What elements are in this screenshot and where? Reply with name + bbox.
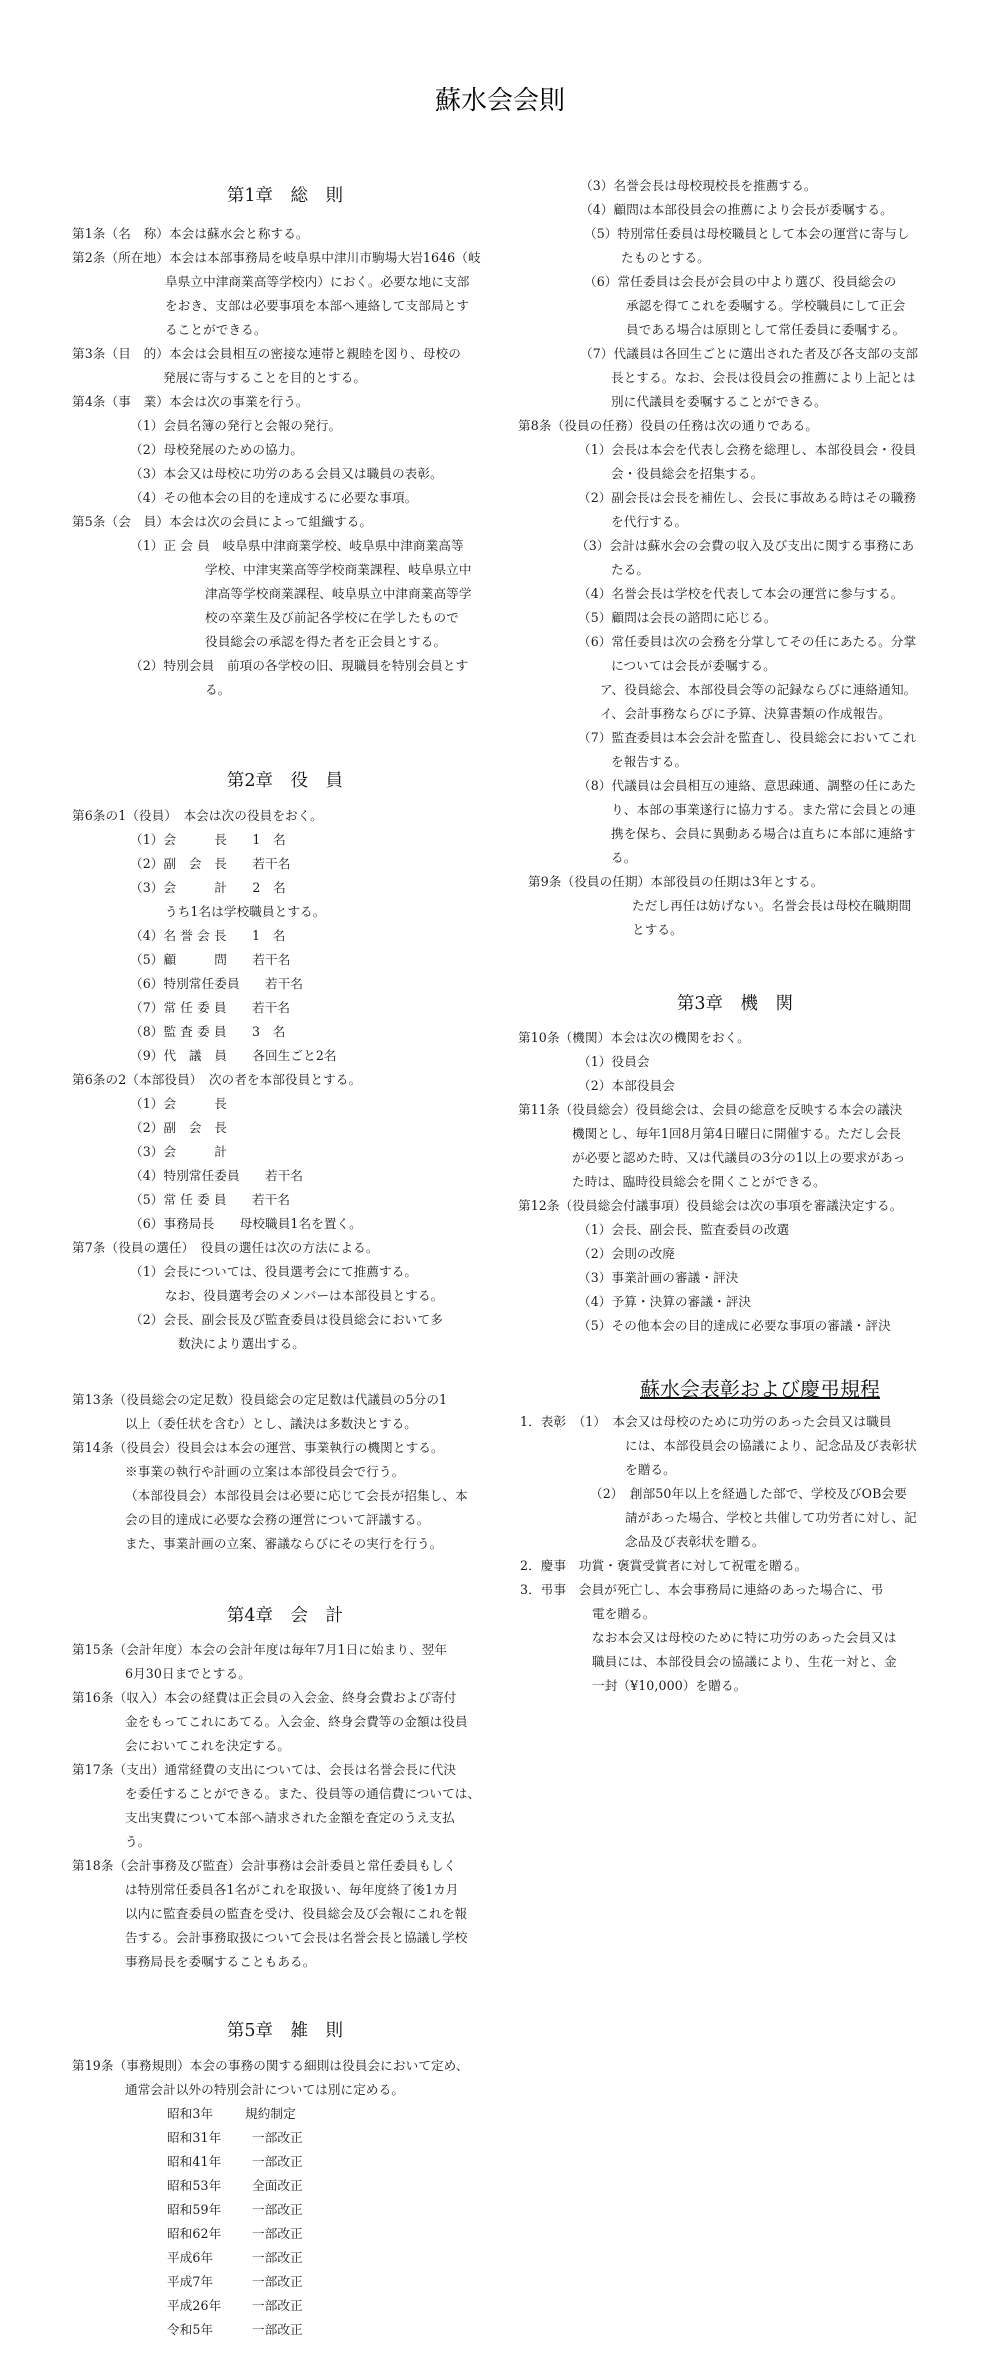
amendment-year: 令和5年	[167, 2322, 213, 2338]
text-line: を代行する。	[611, 514, 687, 530]
text-line: 1．表彰 （1） 本会又は母校のために功労のあった会員又は職員	[520, 1414, 892, 1430]
text-line: 第3条（目 的）本会は会員相互の密接な連帯と親睦を図り、母校の	[72, 346, 461, 362]
text-line: 第17条（支出）通常経費の支出については、会長は名誉会長に代決	[72, 1762, 456, 1778]
text-line: 数決により選出する。	[178, 1336, 305, 1352]
text-line: （3）会計は蘇水会の会費の収入及び支出に関する事務にあ	[576, 538, 914, 554]
text-line: 長とする。なお、会長は役員会の推薦により上記とは	[611, 370, 916, 386]
text-line: 一封（¥10,000）を贈る。	[592, 1678, 746, 1694]
text-line: （3）名誉会長は母校現校長を推薦する。	[580, 178, 817, 194]
chapter-2-heading: 第2章 役 員	[70, 770, 500, 792]
text-line: （1）会 長 1 名	[130, 832, 286, 848]
text-line: る。	[611, 850, 636, 866]
text-line: とする。	[632, 922, 683, 938]
text-line: 2．慶事 功賞・褒賞受賞者に対して祝電を贈る。	[520, 1558, 807, 1574]
text-line: （1）正 会 員 岐阜県中津商業学校、岐阜県中津商業高等	[130, 538, 464, 554]
text-line: 第2条（所在地）本会は本部事務局を岐阜県中津川市駒場大岩1646（岐	[72, 250, 481, 266]
text-line: 第9条（役員の任期）本部役員の任期は3年とする。	[528, 874, 824, 890]
text-line: 第10条（機関）本会は次の機関をおく。	[518, 1030, 750, 1046]
text-line: （4）顧問は本部役員会の推薦により会長が委嘱する。	[580, 202, 893, 218]
text-line: を報告する。	[611, 754, 687, 770]
text-line: ることができる。	[165, 322, 267, 338]
text-line: イ、会計事務ならびに予算、決算書類の作成報告。	[600, 706, 891, 722]
text-line: （5）顧 問 若干名	[130, 952, 290, 968]
text-line: を贈る。	[625, 1462, 676, 1478]
text-line: 通常会計以外の特別会計については別に定める。	[125, 2082, 404, 2098]
amendment-year: 昭和53年	[167, 2178, 221, 2194]
text-line: （4）名誉会長は学校を代表して本会の運営に参与する。	[578, 586, 903, 602]
text-line: ただし再任は妨げない。名誉会長は母校在職期間	[632, 898, 911, 914]
text-line: 第4条（事 業）本会は次の事業を行う。	[72, 394, 309, 410]
text-line: 会においてこれを決定する。	[125, 1738, 290, 1754]
text-line: （3）会 計	[130, 1144, 227, 1160]
amendment-year: 平成7年	[167, 2274, 213, 2290]
text-line: には、本部役員会の協議により、記念品及び表彰状	[625, 1438, 917, 1454]
text-line: （7）監査委員は本会会計を監査し、役員総会においてこれ	[578, 730, 916, 746]
text-line: については会長が委嘱する。	[611, 658, 776, 674]
text-line: （6）常任委員は次の会務を分掌してその任にあたる。分掌	[578, 634, 916, 650]
text-line: （2）会則の改廃	[578, 1246, 675, 1262]
text-line: 第5条（会 員）本会は次の会員によって組織する。	[72, 514, 372, 530]
amendment-year: 平成26年	[167, 2298, 221, 2314]
text-line: （2）副会長は会長を補佐し、会長に事故ある時はその職務	[578, 490, 916, 506]
text-line: 携を保ち、会員に異動ある場合は直ちに本部に連絡す	[611, 826, 916, 842]
amendment-action: 一部改正	[252, 2250, 303, 2266]
text-line: （2）本部役員会	[578, 1078, 675, 1094]
text-line: （2）副 会 長 若干名	[130, 856, 290, 872]
text-line: 以上（委任状を含む）とし、議決は多数決とする。	[125, 1416, 417, 1432]
text-line: また、事業計画の立案、審議ならびにその実行を行う。	[125, 1536, 442, 1552]
text-line: 6月30日までとする。	[125, 1666, 251, 1682]
amendment-action: 一部改正	[252, 2298, 303, 2314]
text-line: をおき、支部は必要事項を本部へ連絡して支部局とす	[165, 298, 469, 314]
text-line: 第19条（事務規則）本会の事務の関する細則は役員会において定め、	[72, 2058, 469, 2074]
text-line: 職員には、本部役員会の協議により、生花一対と、金	[592, 1654, 897, 1670]
text-line: （1）会 長	[130, 1096, 227, 1112]
text-line: なお、役員選考会のメンバーは本部役員とする。	[165, 1288, 443, 1304]
text-line: 第7条（役員の選任） 役員の選任は次の方法による。	[72, 1240, 378, 1256]
text-line: 機関とし、毎年1回8月第4日曜日に開催する。ただし会長	[572, 1126, 901, 1142]
text-line: 電を贈る。	[592, 1606, 655, 1622]
text-line: （6）常任委員は会長が会員の中より選び、役員総会の	[584, 274, 896, 290]
chapter-3-heading: 第3章 機 関	[520, 993, 950, 1015]
text-line: 第15条（会計年度）本会の会計年度は毎年7月1日に始まり、翌年	[72, 1642, 447, 1658]
amendment-action: 一部改正	[252, 2130, 303, 2146]
text-line: 告する。会計事務取扱について会長は名誉会長と協議し学校	[125, 1930, 467, 1946]
text-line: 第8条（役員の任務）役員の任務は次の通りである。	[518, 418, 818, 434]
text-line: り、本部の事業遂行に協力する。また常に会員との連	[611, 802, 916, 818]
text-line: （4）特別常任委員 若干名	[130, 1168, 303, 1184]
text-line: （1）会長、副会長、監査委員の改選	[578, 1222, 789, 1238]
award-condolence-rules-title: 蘇水会表彰および慶弔規程	[540, 1376, 980, 1402]
amendment-year: 昭和59年	[167, 2202, 221, 2218]
amendment-action: 全面改正	[252, 2178, 303, 2194]
text-line: 学校、中津実業高等学校商業課程、岐阜県立中	[205, 562, 472, 578]
text-line: 阜県立中津商業高等学校内）におく。必要な地に支部	[165, 274, 469, 290]
text-line: （5）特別常任委員は母校職員として本会の運営に寄与し	[584, 226, 909, 242]
text-line: （本部役員会）本部役員会は必要に応じて会長が招集し、本	[125, 1488, 468, 1504]
text-line: 発展に寄与することを目的とする。	[163, 370, 366, 386]
amendment-year: 昭和41年	[167, 2154, 221, 2170]
text-line: （1）会長は本会を代表し会務を総理し、本部役員会・役員	[578, 442, 916, 458]
text-line: （2）副 会 長	[130, 1120, 227, 1136]
text-line: 以内に監査委員の監査を受け、役員総会及び会報にこれを報	[125, 1906, 467, 1922]
amendment-year: 平成6年	[167, 2250, 213, 2266]
text-line: 会の目的達成に必要な会務の運営について評議する。	[125, 1512, 429, 1528]
text-line: （3）会 計 2 名	[130, 880, 286, 896]
text-line: 津高等学校商業課程、岐阜県立中津商業高等学	[205, 586, 472, 602]
amendment-action: 一部改正	[252, 2226, 303, 2242]
text-line: 承認を得てこれを委嘱する。学校職員にして正会	[626, 298, 905, 314]
text-line: （8）監 査 委 員 3 名	[130, 1024, 285, 1040]
text-line: （3）事業計画の審議・評決	[578, 1270, 738, 1286]
text-line: 別に代議員を委嘱することができる。	[611, 394, 827, 410]
text-line: 金をもってこれにあてる。入会金、終身会費等の金額は役員	[125, 1714, 468, 1730]
text-line: が必要と認めた時、又は代議員の3分の1以上の要求があっ	[572, 1150, 905, 1166]
text-line: （5）常 任 委 員 若干名	[130, 1192, 290, 1208]
text-line: ア、役員総会、本部役員会等の記録ならびに連絡通知。	[600, 682, 916, 698]
text-line: （8）代議員は会員相互の連絡、意思疎通、調整の任にあた	[578, 778, 916, 794]
text-line: を委任することができる。また、役員等の通信費については、	[125, 1786, 480, 1802]
text-line: 事務局長を委嘱することもある。	[125, 1954, 315, 1970]
text-line: （6）特別常任委員 若干名	[130, 976, 303, 992]
amendment-action: 一部改正	[252, 2274, 303, 2290]
text-line: （2）特別会員 前項の各学校の旧、現職員を特別会員とす	[130, 658, 468, 674]
chapter-1-heading: 第1章 総 則	[70, 185, 500, 207]
text-line: は特別常任委員各1名がこれを取扱い、毎年度終了後1カ月	[125, 1882, 459, 1898]
text-line: （7）常 任 委 員 若干名	[130, 1000, 290, 1016]
text-line: ※事業の執行や計画の立案は本部役員会で行う。	[125, 1464, 404, 1480]
text-line: う。	[125, 1834, 150, 1850]
chapter-5-heading: 第5章 雑 則	[70, 2020, 500, 2042]
text-line: 3．弔事 会員が死亡し、本会事務局に連絡のあった場合に、弔	[520, 1582, 883, 1598]
text-line: （1）会員名簿の発行と会報の発行。	[130, 418, 341, 434]
text-line: 第18条（会計事務及び監査）会計事務は会計委員と常任委員もしく	[72, 1858, 456, 1874]
text-line: たものとする。	[621, 250, 710, 266]
text-line: 第1条（名 称）本会は蘇水会と称する。	[72, 226, 309, 242]
text-line: （1）会長については、役員選考会にて推薦する。	[130, 1264, 417, 1280]
text-line: （4）名 誉 会 長 1 名	[130, 928, 285, 944]
text-line: 第11条（役員総会）役員総会は、会員の総意を反映する本会の議決	[518, 1102, 902, 1118]
text-line: うち1名は学校職員とする。	[165, 904, 325, 920]
text-line: （5）顧問は会長の諮問に応じる。	[578, 610, 777, 626]
text-line: 支出実費について本部へ請求された金額を査定のうえ支払	[125, 1810, 455, 1826]
text-line: 第6条の1（役員） 本会は次の役員をおく。	[72, 808, 323, 824]
amendment-year: 昭和31年	[167, 2130, 221, 2146]
amendment-action: 一部改正	[252, 2154, 303, 2170]
amendment-action: 一部改正	[252, 2202, 303, 2218]
document-title: 蘇水会会則	[0, 80, 1000, 117]
text-line: （2）会長、副会長及び監査委員は役員総会において多	[130, 1312, 443, 1328]
text-line: （7）代議員は各回生ごとに選出された者及び各支部の支部	[580, 346, 918, 362]
text-line: 念品及び表彰状を贈る。	[625, 1534, 765, 1550]
text-line: る。	[205, 682, 230, 698]
text-line: （3）本会又は母校に功労のある会員又は職員の表彰。	[130, 466, 443, 482]
text-line: 校の卒業生及び前記各学校に在学したもので	[205, 610, 459, 626]
text-line: （9）代 議 員 各回生ごと2名	[130, 1048, 337, 1064]
text-line: 第14条（役員会）役員会は本会の運営、事業執行の機関とする。	[72, 1440, 444, 1456]
text-line: た時は、臨時役員総会を開くことができる。	[572, 1174, 826, 1190]
amendment-year: 昭和3年	[167, 2106, 213, 2122]
text-line: 役員総会の承認を得た者を正会員とする。	[205, 634, 446, 650]
text-line: なお本会又は母校のために特に功労のあった会員又は	[592, 1630, 897, 1646]
text-line: （1）役員会	[578, 1054, 650, 1070]
text-line: 会・役員総会を招集する。	[611, 466, 763, 482]
text-line: （2）母校発展のための協力。	[130, 442, 303, 458]
amendment-year: 昭和62年	[167, 2226, 221, 2242]
text-line: 第16条（収入）本会の経費は正会員の入会金、終身会費および寄付	[72, 1690, 456, 1706]
chapter-4-heading: 第4章 会 計	[70, 1605, 500, 1627]
text-line: 第6条の2（本部役員） 次の者を本部役員とする。	[72, 1072, 361, 1088]
text-line: 第13条（役員総会の定足数）役員総会の定足数は代議員の5分の1	[72, 1392, 447, 1408]
amendment-action: 一部改正	[252, 2322, 303, 2338]
text-line: 請があった場合、学校と共催して功労者に対し、記	[625, 1510, 917, 1526]
text-line: （2） 創部50年以上を経過した部で、学校及びOB会要	[590, 1486, 907, 1502]
text-line: （4）その他本会の目的を達成するに必要な事項。	[130, 490, 417, 506]
text-line: （5）その他本会の目的達成に必要な事項の審議・評決	[578, 1318, 891, 1334]
amendment-action: 規約制定	[245, 2106, 296, 2122]
text-line: （4）予算・決算の審議・評決	[578, 1294, 751, 1310]
text-line: たる。	[611, 562, 649, 578]
text-line: 第12条（役員総会付議事項）役員総会は次の事項を審議決定する。	[518, 1198, 902, 1214]
text-line: （6）事務局長 母校職員1名を置く。	[130, 1216, 362, 1232]
text-line: 員である場合は原則として常任委員に委嘱する。	[626, 322, 905, 338]
